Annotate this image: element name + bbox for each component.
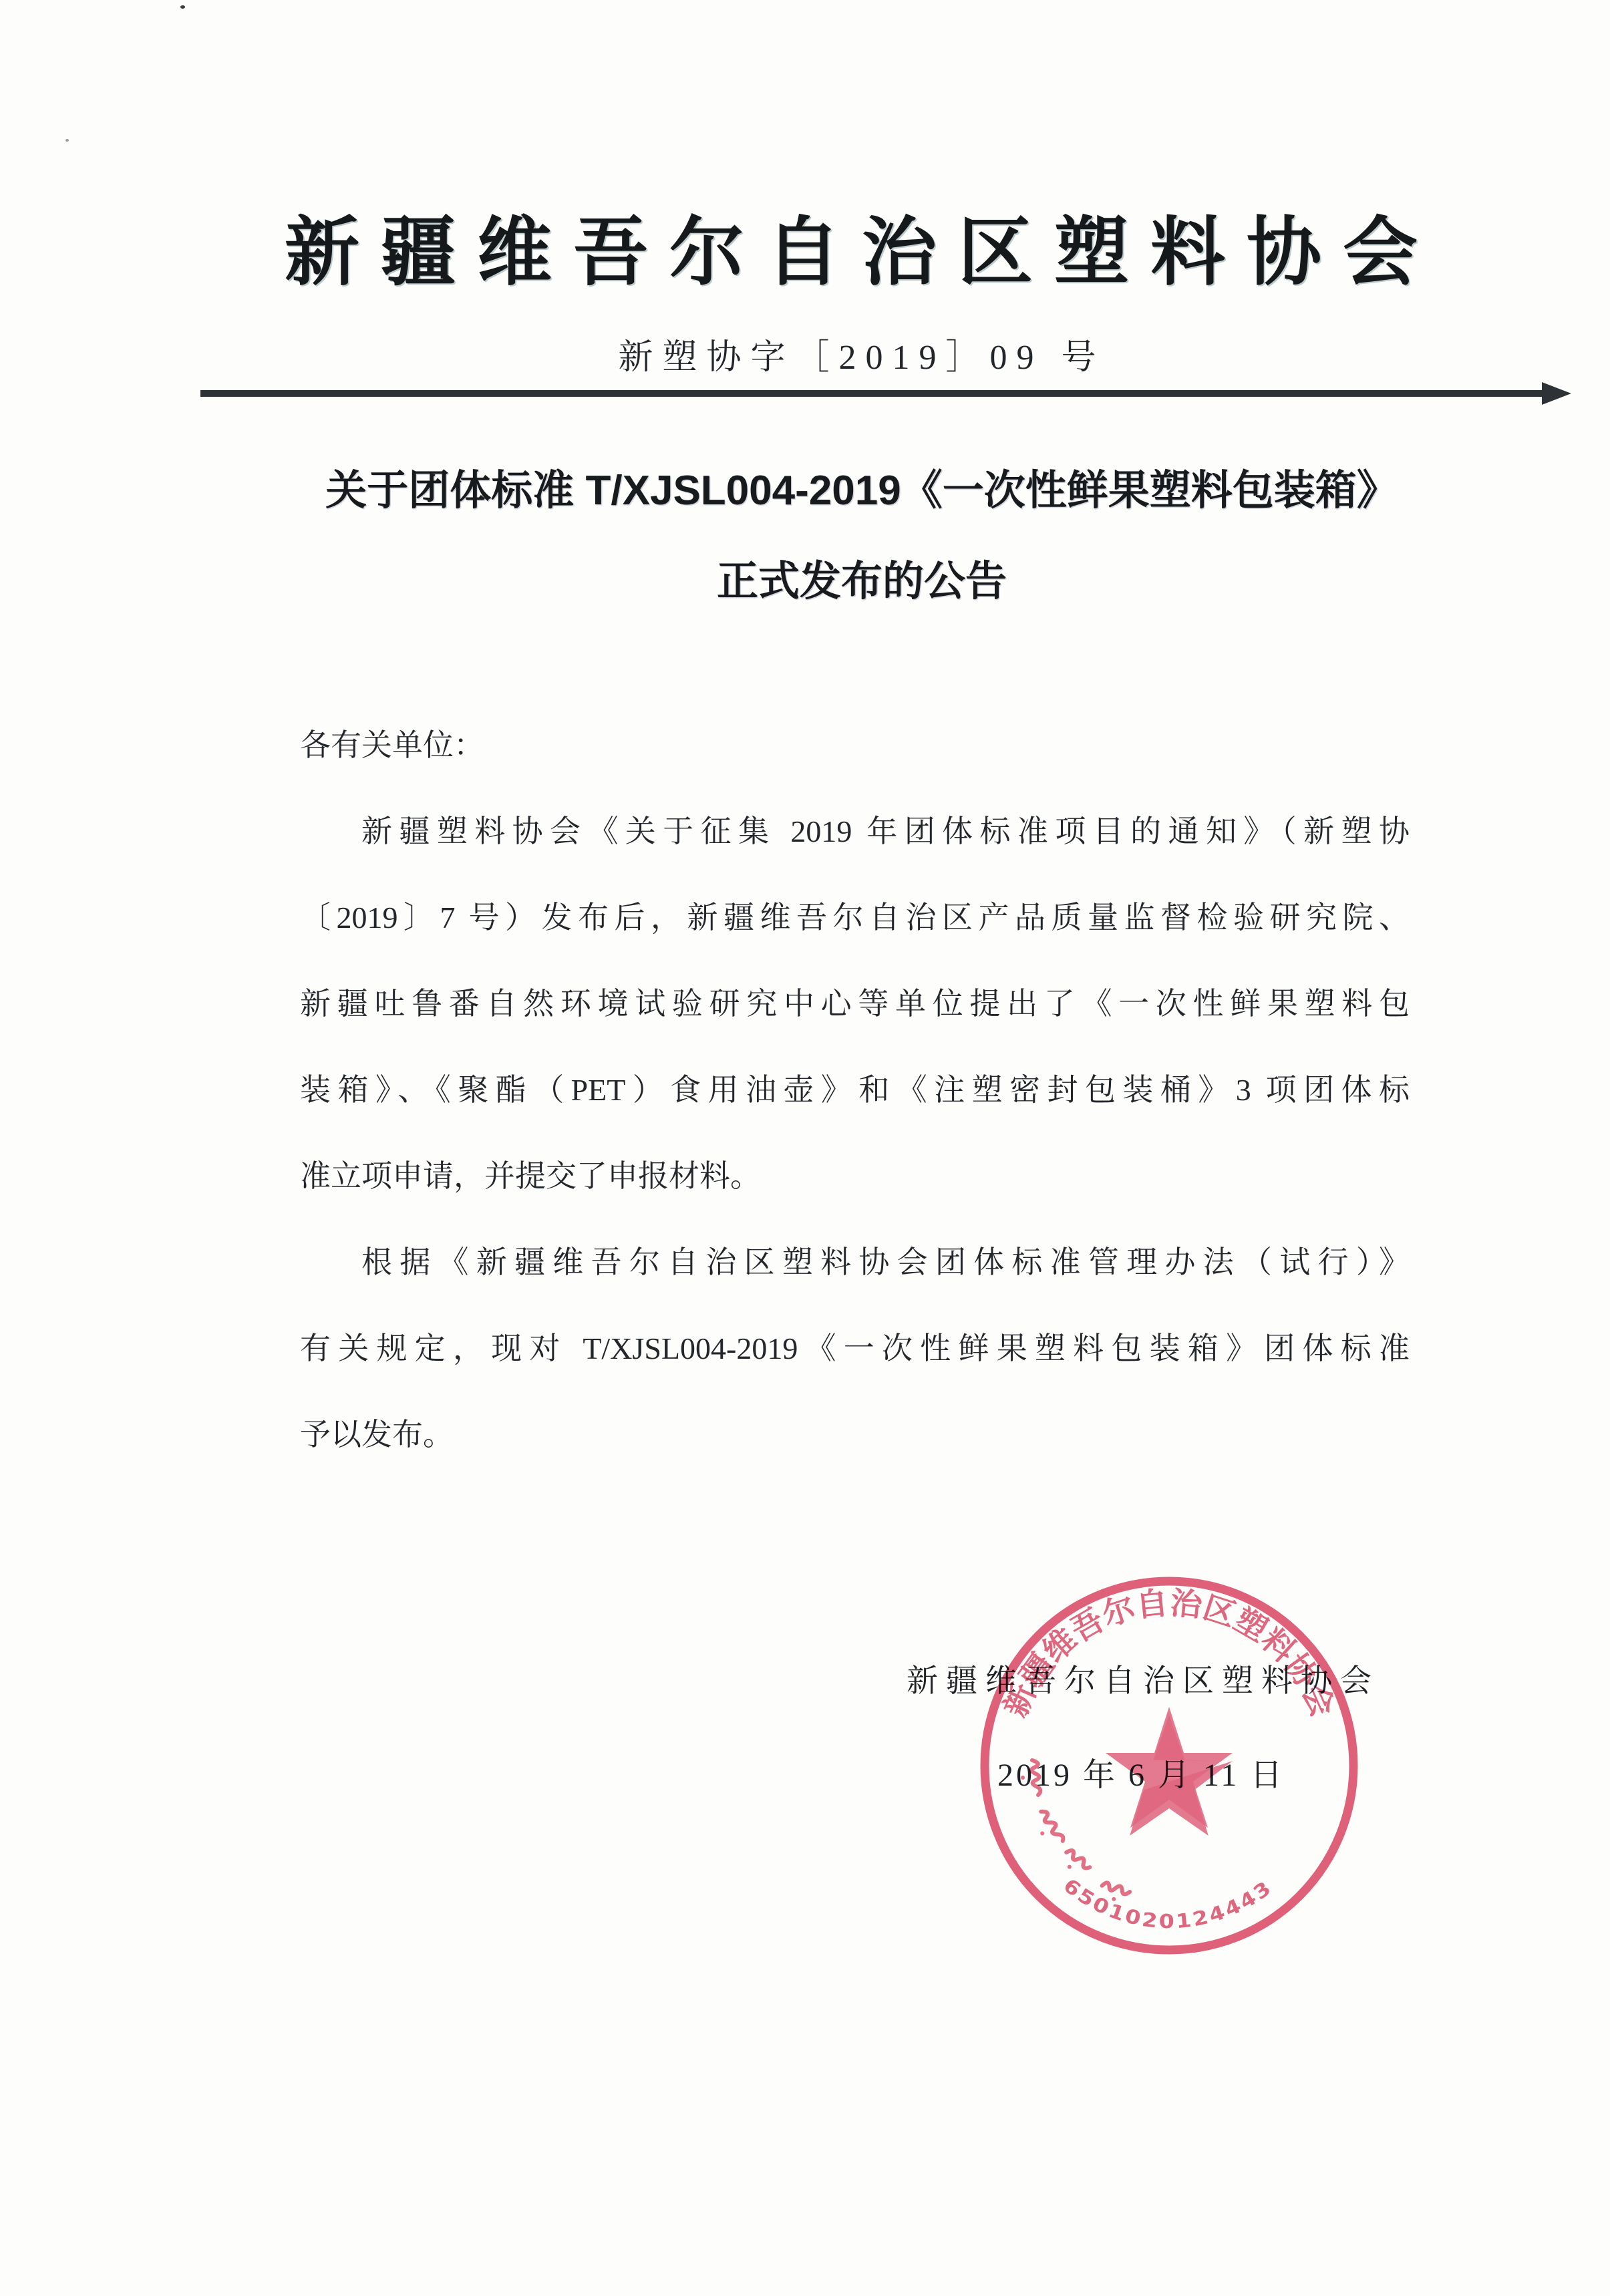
paragraph1-line: 新疆吐鲁番自然环境试验研究中心等单位提出了《一次性鲜果塑料包 [300,961,1410,1047]
seal-arc-chinese-text: 新疆维吾尔自治区塑料协会 [997,1585,1341,1722]
seal-serial-number: 6501020124443 [1059,1874,1277,1933]
paragraph1-line: 准立项申请，并提交了申报材料。 [300,1133,1410,1219]
official-red-seal: 新疆维吾尔自治区塑料协会 6501020124443 [969,1565,1370,1966]
paragraph1-line: 新疆塑料协会《关于征集 2019 年团体标准项目的通知》（新塑协 [300,788,1410,874]
arrow-head-icon [1542,382,1571,405]
paragraph2-line: 有关规定，现对 T/XJSL004-2019《一次性鲜果塑料包装箱》团体标准 [300,1305,1410,1391]
announcement-title-line2: 正式发布的公告 [114,548,1610,607]
salutation: 各有关单位： [300,702,1410,788]
paragraph2-line: 予以发布。 [300,1391,1410,1478]
scanned-document-page: 新疆维吾尔自治区塑料协会 新塑协字［2019］09 号 关于团体标准 T/XJS… [0,0,1610,2296]
paragraph1-line: 〔2019〕7 号）发布后，新疆维吾尔自治区产品质量监督检验研究院、 [300,874,1410,961]
seal-arc-chinese: 新疆维吾尔自治区塑料协会 [997,1585,1341,1722]
paragraph1-line: 装箱》、《聚酯（PET）食用油壶》和《注塑密封包装桶》3 项团体标 [300,1047,1410,1133]
paragraph2-line: 根据《新疆维吾尔自治区塑料协会团体标准管理办法（试行）》 [300,1219,1410,1305]
document-body: 各有关单位： 新疆塑料协会《关于征集 2019 年团体标准项目的通知》（新塑协 … [300,702,1410,1478]
header-divider-arrow [200,390,1543,397]
seal-serial-text: 6501020124443 [1059,1874,1277,1933]
scan-speck [180,5,185,9]
doc-number: 新塑协字［2019］09 号 [114,329,1610,379]
scan-speck [65,139,69,142]
announcement-title-line1: 关于团体标准 T/XJSL004-2019《一次性鲜果塑料包装箱》 [114,457,1610,516]
org-title: 新疆维吾尔自治区塑料协会 [114,192,1610,300]
